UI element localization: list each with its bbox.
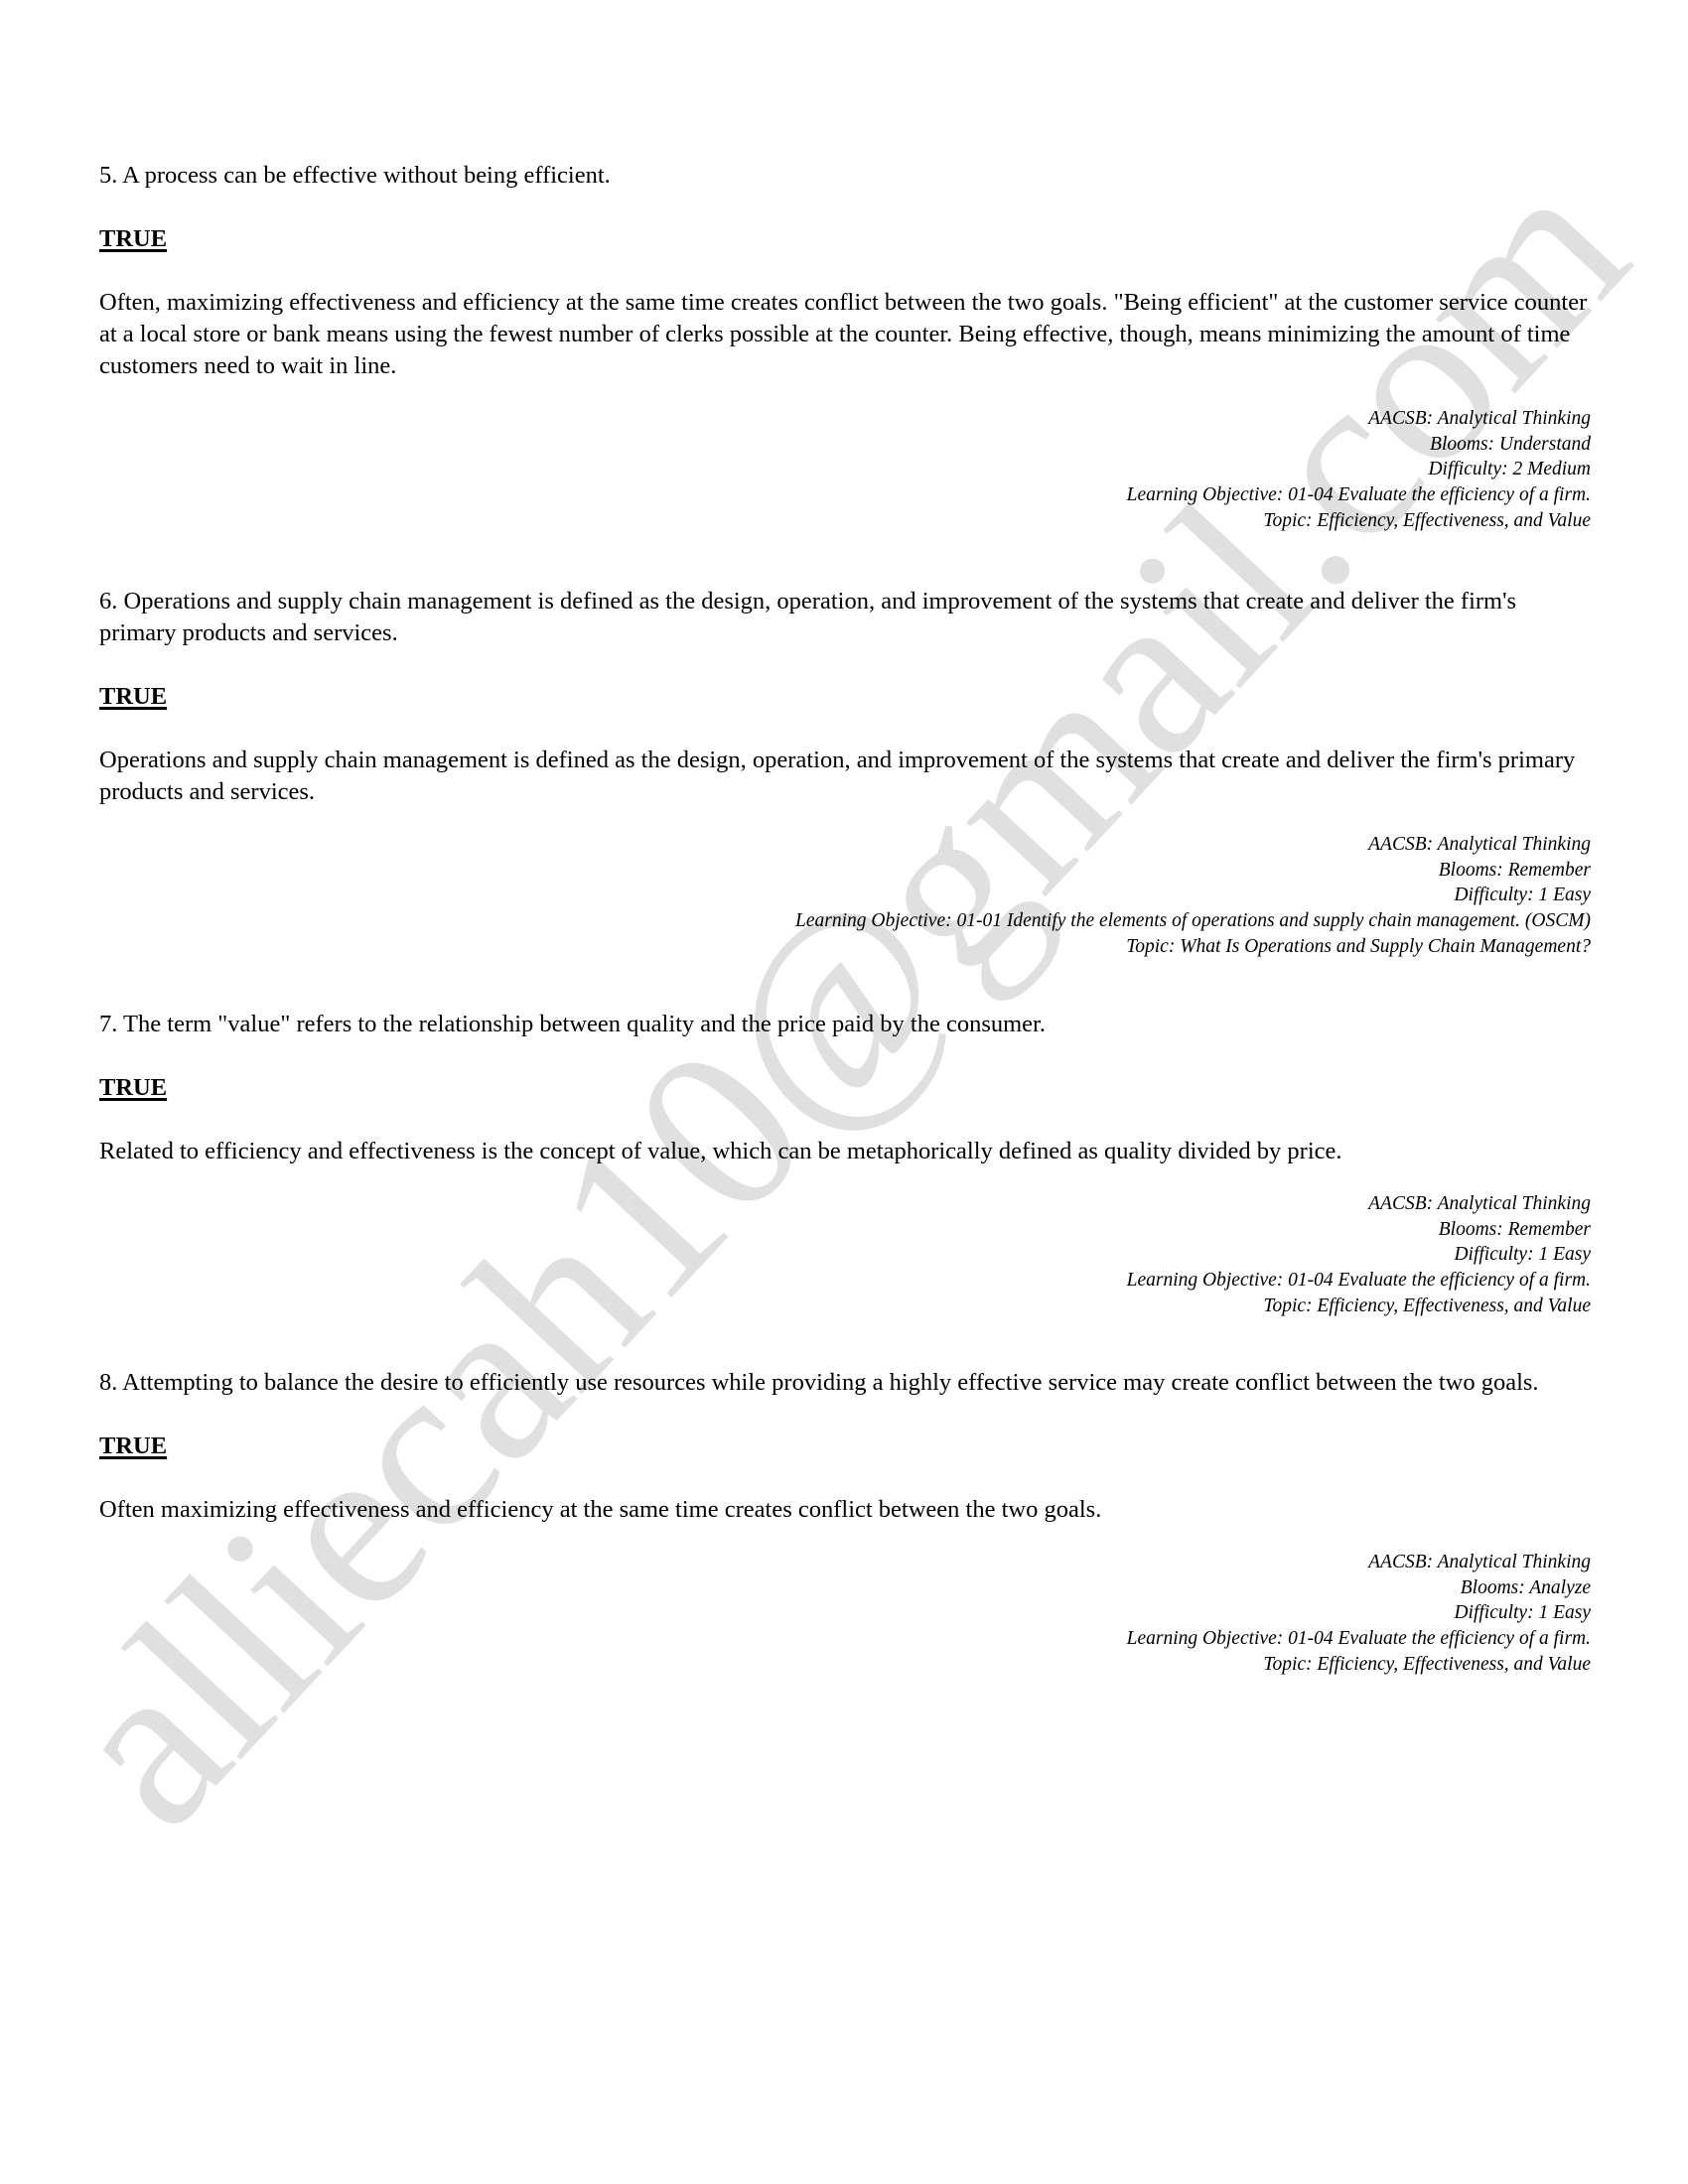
question-metadata: AACSB: Analytical Thinking Blooms: Analy…: [99, 1550, 1591, 1678]
question-metadata: AACSB: Analytical Thinking Blooms: Remem…: [99, 1191, 1591, 1319]
meta-learning-objective: Learning Objective: 01-04 Evaluate the e…: [99, 1268, 1591, 1294]
question-text: 8. Attempting to balance the desire to e…: [99, 1367, 1591, 1399]
meta-blooms: Blooms: Analyze: [99, 1575, 1591, 1601]
meta-aacsb: AACSB: Analytical Thinking: [99, 832, 1591, 858]
answer-explanation: Related to efficiency and effectiveness …: [99, 1136, 1591, 1167]
meta-blooms: Blooms: Understand: [99, 432, 1591, 458]
question-8: 8. Attempting to balance the desire to e…: [99, 1367, 1591, 1678]
meta-topic: Topic: What Is Operations and Supply Cha…: [99, 934, 1591, 960]
meta-aacsb: AACSB: Analytical Thinking: [99, 1550, 1591, 1575]
answer-label: TRUE: [99, 1431, 1591, 1462]
meta-difficulty: Difficulty: 2 Medium: [99, 457, 1591, 482]
question-text: 5. A process can be effective without be…: [99, 160, 1591, 192]
meta-topic: Topic: Efficiency, Effectiveness, and Va…: [99, 508, 1591, 534]
answer-label: TRUE: [99, 223, 1591, 255]
meta-difficulty: Difficulty: 1 Easy: [99, 883, 1591, 908]
answer-explanation: Operations and supply chain management i…: [99, 745, 1591, 808]
meta-difficulty: Difficulty: 1 Easy: [99, 1242, 1591, 1268]
meta-aacsb: AACSB: Analytical Thinking: [99, 406, 1591, 432]
meta-difficulty: Difficulty: 1 Easy: [99, 1600, 1591, 1626]
question-metadata: AACSB: Analytical Thinking Blooms: Remem…: [99, 832, 1591, 960]
answer-label: TRUE: [99, 1072, 1591, 1104]
question-text: 6. Operations and supply chain managemen…: [99, 586, 1591, 649]
question-6: 6. Operations and supply chain managemen…: [99, 586, 1591, 960]
meta-blooms: Blooms: Remember: [99, 1217, 1591, 1243]
question-7: 7. The term "value" refers to the relati…: [99, 1009, 1591, 1319]
meta-learning-objective: Learning Objective: 01-01 Identify the e…: [99, 908, 1591, 934]
meta-learning-objective: Learning Objective: 01-04 Evaluate the e…: [99, 482, 1591, 508]
meta-topic: Topic: Efficiency, Effectiveness, and Va…: [99, 1294, 1591, 1319]
meta-topic: Topic: Efficiency, Effectiveness, and Va…: [99, 1652, 1591, 1678]
answer-explanation: Often, maximizing effectiveness and effi…: [99, 287, 1591, 382]
question-metadata: AACSB: Analytical Thinking Blooms: Under…: [99, 406, 1591, 534]
question-5: 5. A process can be effective without be…: [99, 160, 1591, 534]
question-text: 7. The term "value" refers to the relati…: [99, 1009, 1591, 1040]
meta-learning-objective: Learning Objective: 01-04 Evaluate the e…: [99, 1626, 1591, 1652]
meta-blooms: Blooms: Remember: [99, 858, 1591, 884]
meta-aacsb: AACSB: Analytical Thinking: [99, 1191, 1591, 1217]
answer-explanation: Often maximizing effectiveness and effic…: [99, 1494, 1591, 1526]
answer-label: TRUE: [99, 681, 1591, 713]
